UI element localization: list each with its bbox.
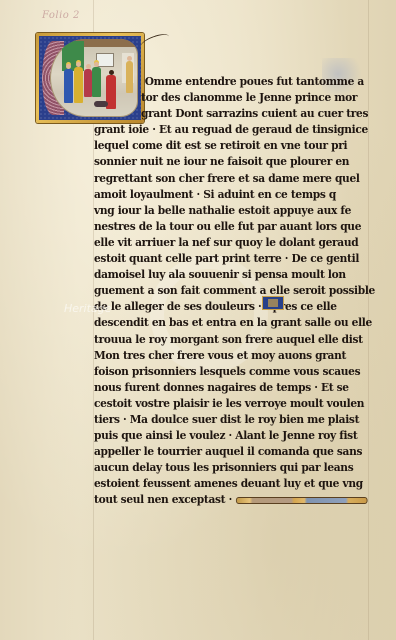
text-line: regrettant son cher frere et sa dame mer…	[94, 170, 363, 186]
text-line: nous furent donnes nagaires de temps · E…	[94, 379, 363, 395]
text-line: estoit quant celle part print terre · De…	[94, 250, 363, 266]
text-line: grant ioie · Et au reguad de geraud de t…	[94, 121, 363, 137]
text-line: lequel come dit est se retiroit en vne t…	[94, 137, 363, 153]
text-line: guement a son fait comment a elle seroit…	[94, 282, 363, 298]
text-line: puis que ainsi le voulez · Alant le Jenn…	[94, 427, 363, 443]
text-line: appeller le tourrier auquel il comanda q…	[94, 443, 363, 459]
text-line: Mon tres cher frere vous et moy auons gr…	[94, 347, 363, 363]
figure-courtier	[84, 69, 92, 97]
watermark-text: Heritage	[64, 302, 111, 315]
text-line: tout seul nen exceptast ·	[94, 491, 363, 507]
text-line-content: tout seul nen exceptast ·	[94, 492, 232, 506]
text-line: elle vit arriuer la nef sur quoy le dola…	[94, 234, 363, 250]
text-line: estoient feussent amenes deuant luy et q…	[94, 475, 363, 491]
text-line: Omme entendre poues fut tantomme a	[94, 73, 363, 89]
text-line: trouua le roy morgant son frere auquel e…	[94, 331, 363, 347]
text-line: grant Dont sarrazins cuient au cuer tres	[94, 105, 363, 121]
text-line: damoisel luy ala souuenir si pensa moult…	[94, 266, 363, 282]
text-line: amoit loyaulment · Si aduint en ce temps…	[94, 186, 363, 202]
text-line: vng iour la belle nathalie estoit appuye…	[94, 202, 363, 218]
text-column: Omme entendre poues fut tantomme a tor d…	[94, 73, 380, 508]
text-line: de le alleger de ses douleurs · Apres ce…	[94, 298, 363, 314]
text-line: tiers · Ma doulce suer dist le roy bien …	[94, 411, 363, 427]
minor-initial-a	[263, 297, 283, 309]
figure-king	[64, 69, 73, 103]
text-line: foison prisonniers lesquels comme vous s…	[94, 363, 363, 379]
text-line: sonnier nuit ne iour ne faisoit que plou…	[94, 153, 363, 169]
text-line: nestres de la tour ou elle fut par auant…	[94, 218, 363, 234]
figure-queen	[74, 67, 83, 103]
text-line: aucun delay tous les prisonniers qui par…	[94, 459, 363, 475]
text-line: cestoit vostre plaisir ie les verroye mo…	[94, 395, 363, 411]
line-filler-ornament	[236, 497, 368, 504]
text-line: tor des clanomme le Jenne prince mor	[94, 89, 363, 105]
folio-number: Folio 2	[42, 10, 80, 21]
text-line-content: de le alleger de ses douleurs · Apres ce…	[94, 299, 337, 313]
manuscript-page: Folio 2 Omme entendre poues fut tantomme…	[0, 0, 396, 640]
text-line: descendit en bas et entra en la grant sa…	[94, 314, 363, 330]
